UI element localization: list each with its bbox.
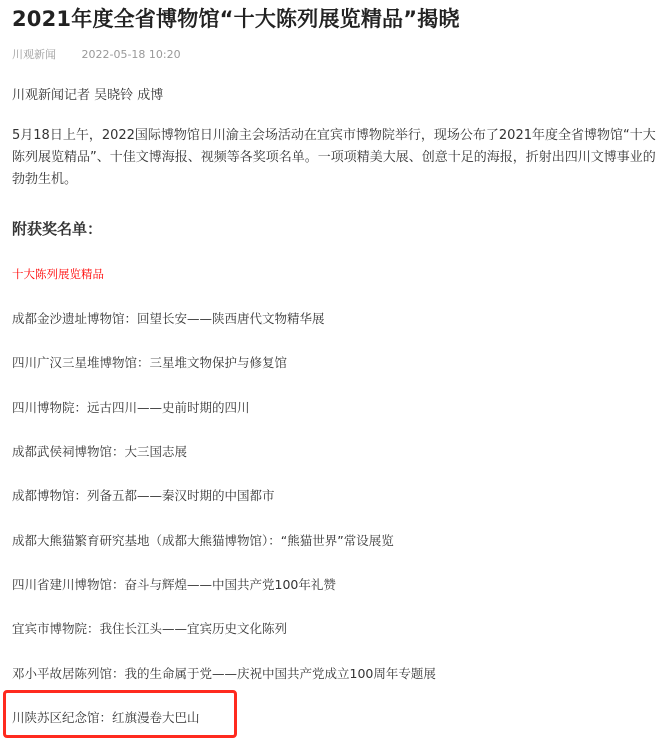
list-item: 四川省建川博物馆：奋斗与辉煌——中国共产党100年礼赞 — [12, 575, 336, 595]
list-item: 邓小平故居陈列馆：我的生命属于党——庆祝中国共产党成立100周年专题展 — [12, 664, 436, 684]
list-item: 四川广汉三星堆博物馆：三星堆文物保护与修复馆 — [12, 353, 287, 373]
list-heading: 附获奖名单： — [12, 218, 102, 240]
article-paragraph: 5月18日上午，2022国际博物馆日川渝主会场活动在宜宾市博物院举行，现场公布了… — [12, 125, 657, 191]
article-title: 2021年度全省博物馆“十大陈列展览精品”揭晓 — [12, 5, 460, 33]
list-item: 成都金沙遗址博物馆：回望长安——陕西唐代文物精华展 — [12, 309, 325, 329]
article-date: 2022-05-18 10:20 — [82, 48, 181, 61]
list-item: 成都博物馆：列备五都——秦汉时期的中国都市 — [12, 486, 275, 506]
list-item: 成都武侯祠博物馆：大三国志展 — [12, 442, 187, 462]
article-byline: 川观新闻记者 吴晓铃 成博 — [12, 85, 163, 107]
article-meta: 川观新闻 2022-05-18 10:20 — [12, 47, 181, 63]
list-item: 成都大熊猫繁育研究基地（成都大熊猫博物馆）：“熊猫世界”常设展览 — [12, 531, 394, 551]
article-source[interactable]: 川观新闻 — [12, 48, 56, 61]
list-item: 四川博物院：远古四川——史前时期的四川 — [12, 398, 250, 418]
list-item: 宜宾市博物院：我住长江头——宜宾历史文化陈列 — [12, 619, 287, 639]
category-label: 十大陈列展览精品 — [12, 265, 104, 283]
highlight-annotation-box — [3, 690, 237, 738]
